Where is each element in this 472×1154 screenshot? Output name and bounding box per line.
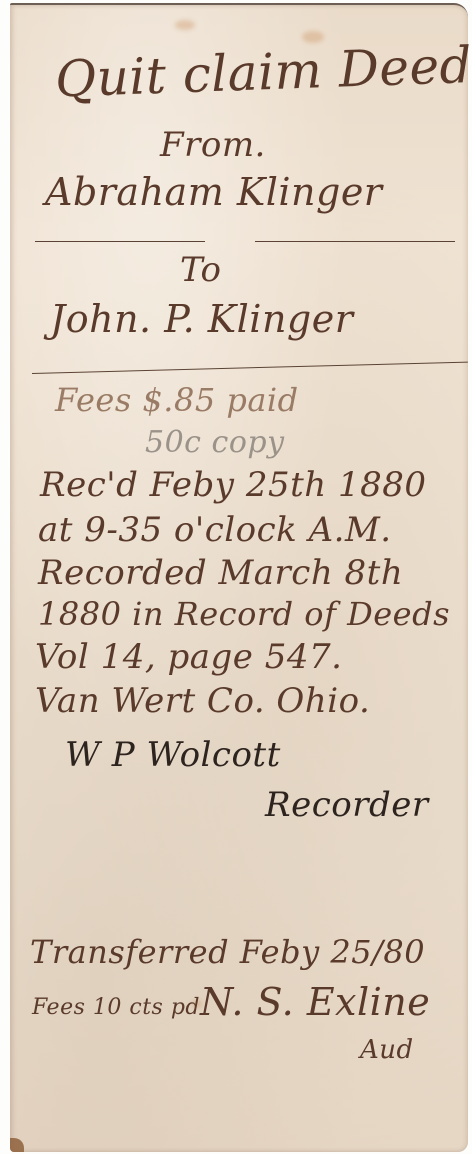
grantee-underline — [32, 362, 468, 374]
grantor-name: Abraham Klinger — [45, 170, 382, 214]
grantor-underline-right — [255, 241, 455, 242]
grantee-name: John. P. Klinger — [50, 297, 353, 341]
received-time-line: at 9-35 o'clock A.M. — [38, 510, 392, 550]
volume-page-line: Vol 14, page 547. — [35, 637, 342, 677]
corner-tear — [10, 1138, 24, 1152]
deed-title: Quit claim Deed. — [54, 35, 472, 108]
transfer-fees-line: Fees 10 cts pd — [32, 995, 200, 1020]
received-date-line: Rec'd Feby 25th 1880 — [40, 465, 426, 505]
to-label: To — [180, 250, 222, 290]
fees-line: Fees $.85 paid — [55, 381, 299, 419]
auditor-signature: N. S. Exline — [200, 980, 430, 1024]
recorded-date-line: Recorded March 8th — [38, 553, 403, 593]
deed-paper: Quit claim Deed. From. Abraham Klinger T… — [10, 3, 468, 1152]
transfer-line: Transferred Feby 25/80 — [30, 933, 425, 971]
stain-spot — [175, 20, 195, 30]
recorder-signature: W P Wolcott — [65, 735, 281, 775]
copy-fee-line: 50c copy — [145, 425, 285, 460]
grantor-underline-left — [35, 241, 205, 242]
county-line: Van Wert Co. Ohio. — [35, 681, 370, 721]
from-label: From. — [160, 125, 266, 165]
record-book-line: 1880 in Record of Deeds — [38, 595, 450, 633]
auditor-title: Aud — [360, 1035, 414, 1065]
recorder-title: Recorder — [265, 785, 429, 825]
